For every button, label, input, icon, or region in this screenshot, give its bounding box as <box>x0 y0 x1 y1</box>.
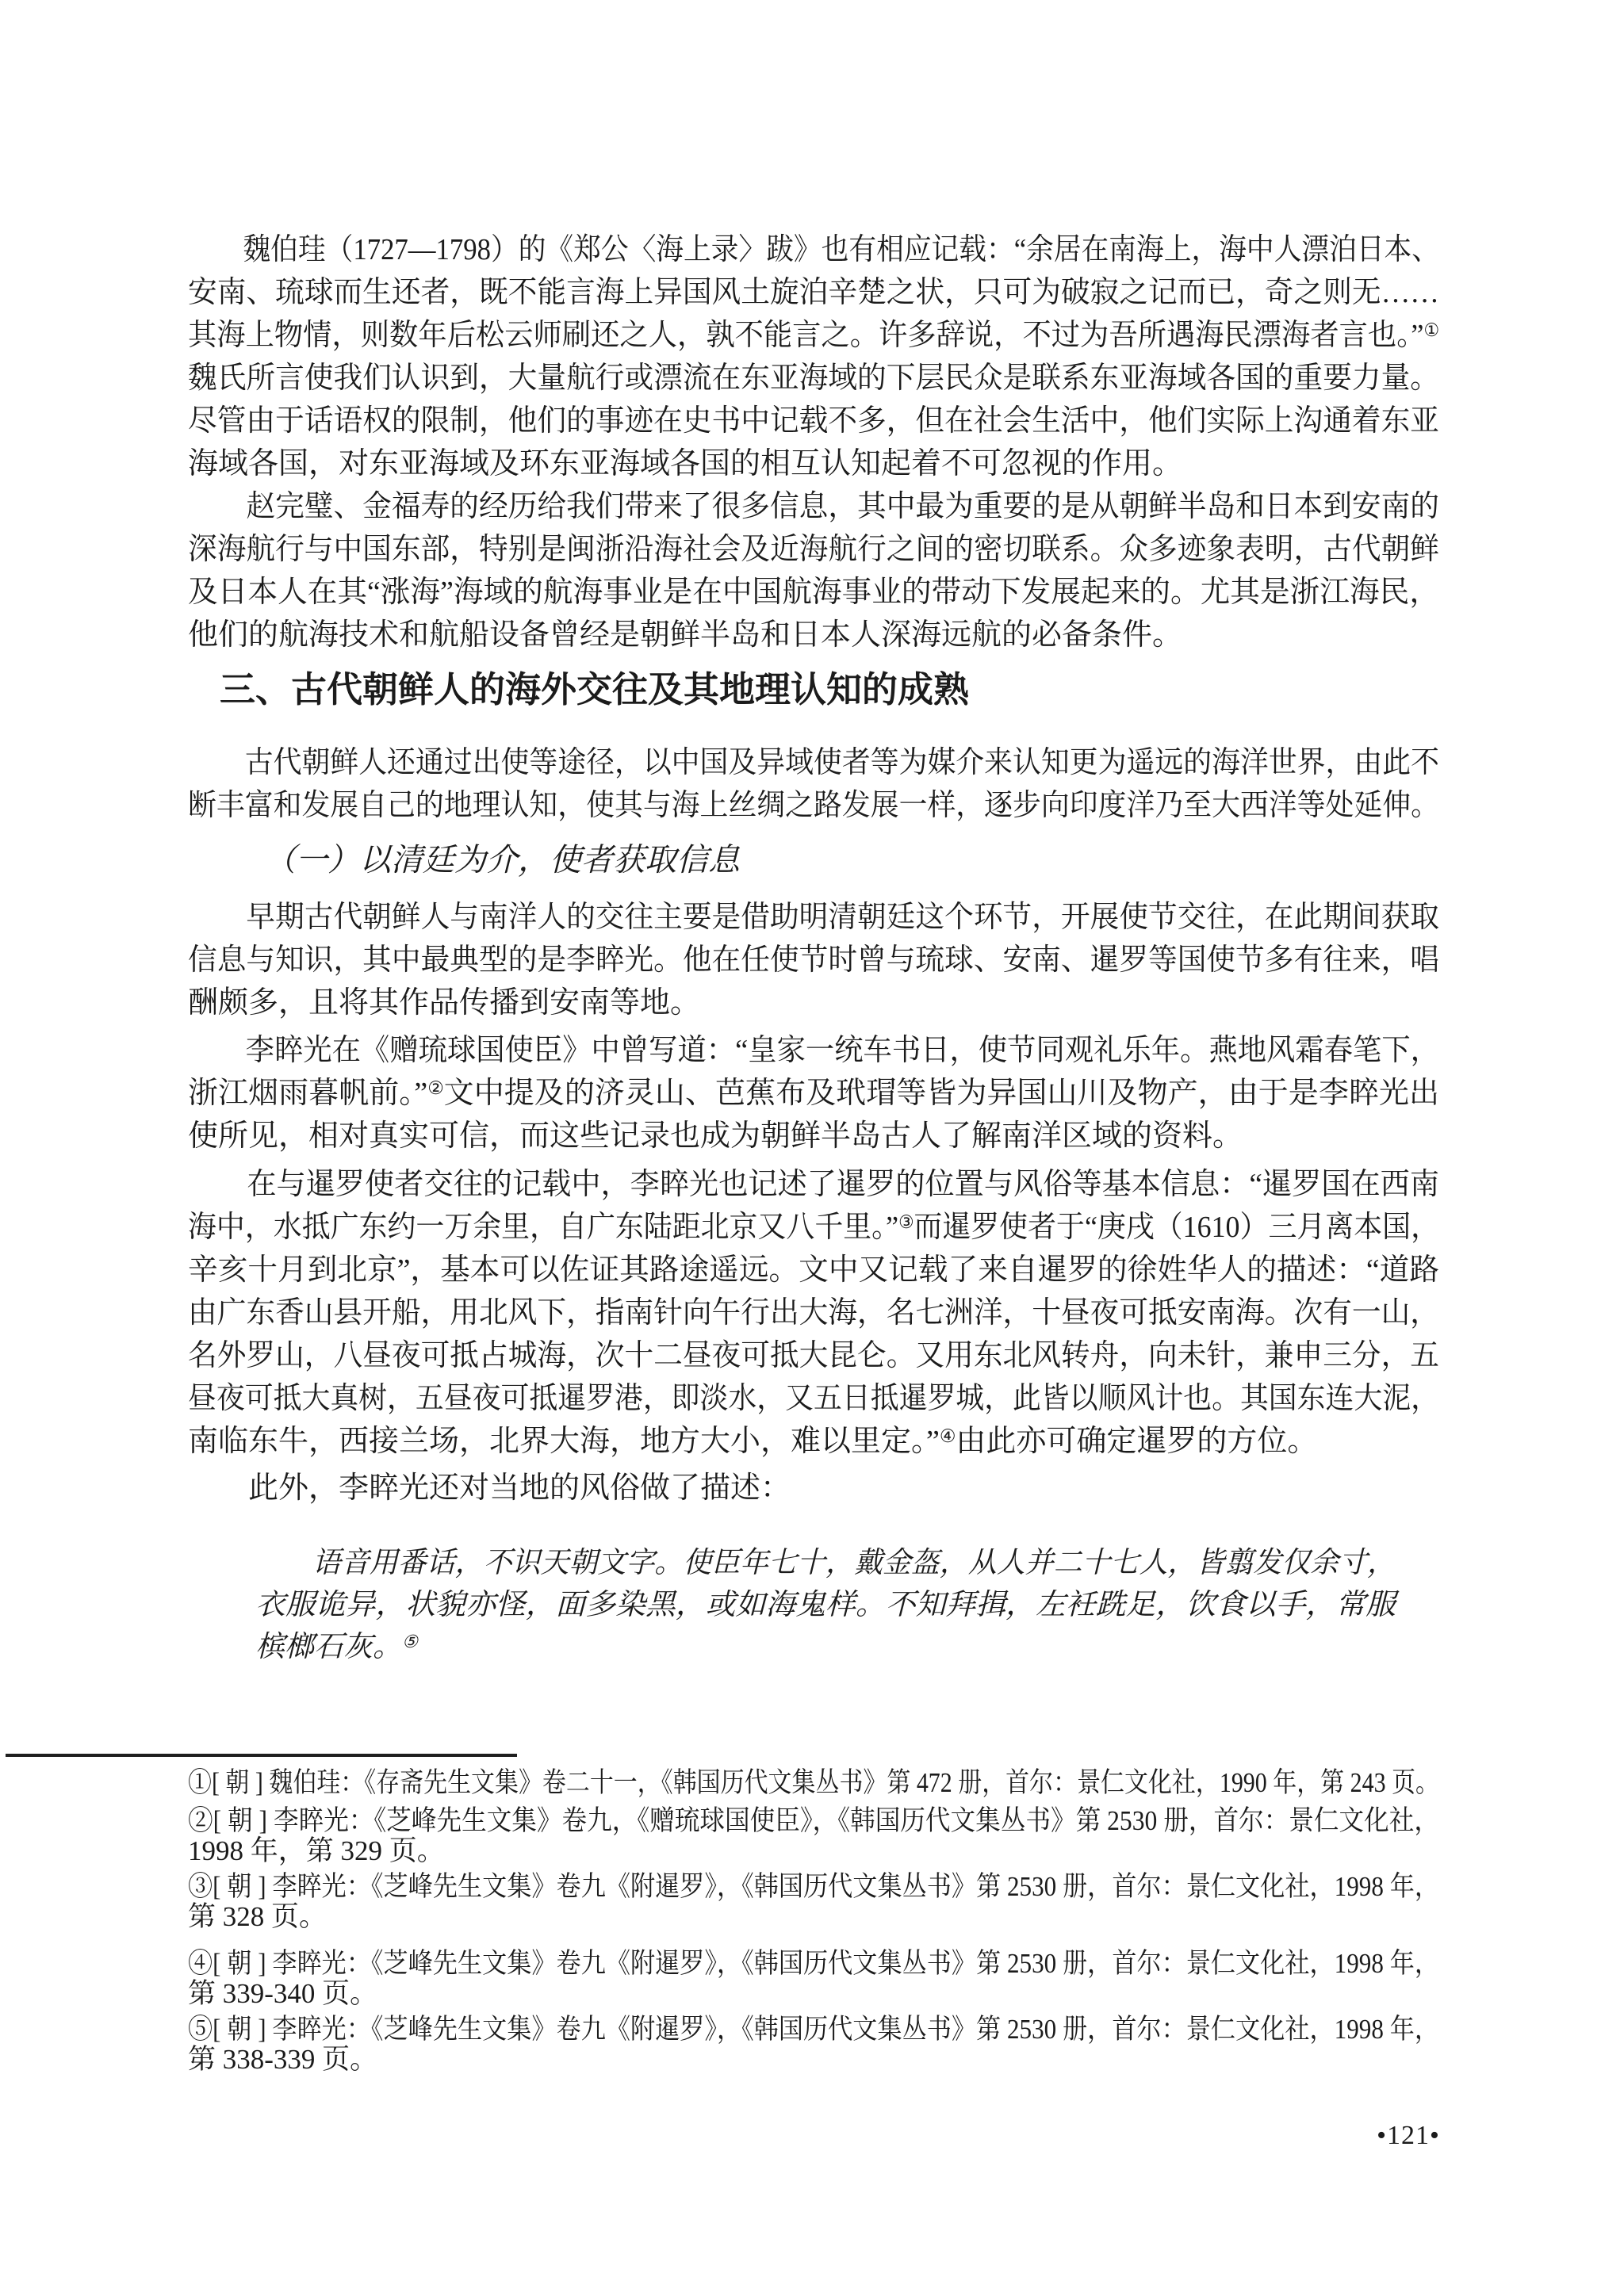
text-line: 海域各国，对东亚海域及环东亚海域各国的相互认知起着不可忽视的作用。 <box>188 442 1439 485</box>
footnote-marker: ⑤ <box>402 1632 418 1651</box>
text-line: ①[ 朝 ] 魏伯珪：《存斋先生文集》卷二十一，《韩国历代文集丛书》第 472 … <box>188 1768 1439 1798</box>
footnote-text: ①[ 朝 ] 魏伯珪：《存斋先生文集》卷二十一，《韩国历代文集丛书》第 472 … <box>188 1768 1439 1798</box>
text-line: 海中，水抵广东约一万余里，自广东陆距北京又八千里。”③而暹罗使者于“庚戌（161… <box>188 1206 1439 1249</box>
text-line: 浙江烟雨暮帆前。”②文中提及的济灵山、芭蕉布及玳瑁等皆为异国山川及物产，由于是李… <box>188 1072 1439 1115</box>
footnote-text: 第 338-339 页。 <box>188 2045 377 2075</box>
text-line: 此外，李睟光还对当地的风俗做了描述： <box>188 1467 1439 1510</box>
section-heading: 三、古代朝鲜人的海外交往及其地理认知的成熟 <box>188 668 1471 712</box>
line-text: 其海上物情，则数年后松云师刷还之人，孰不能言之。许多辞说，不过为吾所遇海民漂海者… <box>188 314 1439 357</box>
text-line: 赵完璧、金福寿的经历给我们带来了很多信息，其中最为重要的是从朝鲜半岛和日本到安南… <box>188 485 1439 528</box>
line-text: 海域各国，对东亚海域及环东亚海域各国的相互认知起着不可忽视的作用。 <box>188 442 1182 485</box>
text-line: 在与暹罗使者交往的记载中，李睟光也记述了暹罗的位置与风俗等基本信息：“暹罗国在西… <box>188 1163 1439 1206</box>
line-text: 及日本人在其“涨海”海域的航海事业是在中国航海事业的带动下发展起来的。尤其是浙江… <box>188 571 1439 614</box>
text-line: 断丰富和发展自己的地理认知，使其与海上丝绸之路发展一样，逐步向印度洋乃至大西洋等… <box>188 784 1439 827</box>
text-line: 1998 年，第 329 页。 <box>188 1836 1439 1866</box>
document-page: 魏伯珪（1727—1798）的《郑公〈海上录〉跋》也有相应记载：“余居在南海上，… <box>0 0 1624 2296</box>
line-text: 在与暹罗使者交往的记载中，李睟光也记述了暹罗的位置与风俗等基本信息：“暹罗国在西… <box>188 1163 1439 1206</box>
footnote-text: ⑤[ 朝 ] 李睟光：《芝峰先生文集》卷九《附暹罗》，《韩国历代文集丛书》第 2… <box>188 2015 1439 2045</box>
footnote-text: ②[ 朝 ] 李睟光：《芝峰先生文集》卷九，《赠琉球国使臣》，《韩国历代文集丛书… <box>188 1806 1439 1836</box>
text-line: 由广东香山县开船，用北风下，指南针向午行出大海，名七洲洋，十昼夜可抵安南海。次有… <box>188 1291 1439 1334</box>
text-line: 古代朝鲜人还通过出使等途径，以中国及异域使者等为媒介来认知更为遥远的海洋世界，由… <box>188 741 1439 784</box>
footnote-text: ④[ 朝 ] 李睟光：《芝峰先生文集》卷九《附暹罗》，《韩国历代文集丛书》第 2… <box>188 1949 1439 1979</box>
line-text: 魏氏所言使我们认识到，大量航行或漂流在东亚海域的下层民众是联系东亚海域各国的重要… <box>188 357 1439 400</box>
text-line: 语音用番话，不识天朝文字。使臣年七十，戴金盔，从人并二十七人，皆翦发仅余寸， <box>255 1542 1396 1584</box>
line-text: 尽管由于话语权的限制，他们的事迹在史书中记载不多，但在社会生活中，他们实际上沟通… <box>188 400 1439 442</box>
text-line: 第 328 页。 <box>188 1902 1439 1932</box>
body-paragraph: 在与暹罗使者交往的记载中，李睟光也记述了暹罗的位置与风俗等基本信息：“暹罗国在西… <box>188 1163 1439 1463</box>
line-text: 古代朝鲜人还通过出使等途径，以中国及异域使者等为媒介来认知更为遥远的海洋世界，由… <box>188 741 1439 784</box>
text-line: 衣服诡异，状貌亦怪，面多染黑，或如海鬼样。不知拜揖，左衽跣足，饮食以手，常服 <box>255 1584 1396 1626</box>
line-text: 辛亥十月到北京”，基本可以佐证其路途遥远。文中又记载了来自暹罗的徐姓华人的描述：… <box>188 1249 1439 1291</box>
subsection-heading: （一）以清廷为介，使者获取信息 <box>188 839 1515 882</box>
line-text: 此外，李睟光还对当地的风俗做了描述： <box>188 1467 791 1510</box>
line-text: 信息与知识，其中最典型的是李睟光。他在任使节时曾与琉球、安南、暹罗等国使节多有往… <box>188 939 1439 982</box>
line-text: 海中，水抵广东约一万余里，自广东陆距北京又八千里。”③而暹罗使者于“庚戌（161… <box>188 1206 1439 1249</box>
line-text: 昼夜可抵大真树，五昼夜可抵暹罗港，即淡水，又五日抵暹罗城，此皆以顺风计也。其国东… <box>188 1377 1439 1420</box>
text-line: 信息与知识，其中最典型的是李睟光。他在任使节时曾与琉球、安南、暹罗等国使节多有往… <box>188 939 1439 982</box>
page-number: •121• <box>1353 2122 1464 2150</box>
text-line: ③[ 朝 ] 李睟光：《芝峰先生文集》卷九《附暹罗》，《韩国历代文集丛书》第 2… <box>188 1872 1439 1902</box>
line-text: 衣服诡异，状貌亦怪，面多染黑，或如海鬼样。不知拜揖，左衽跣足，饮食以手，常服 <box>255 1584 1396 1626</box>
footnote-separator <box>6 1754 517 1757</box>
text-line: 第 339-340 页。 <box>188 1979 1439 2009</box>
footnote-text: 1998 年，第 329 页。 <box>188 1836 445 1866</box>
text-line: ⑤[ 朝 ] 李睟光：《芝峰先生文集》卷九《附暹罗》，《韩国历代文集丛书》第 2… <box>188 2015 1439 2045</box>
block-quote: 语音用番话，不识天朝文字。使臣年七十，戴金盔，从人并二十七人，皆翦发仅余寸，衣服… <box>255 1542 1396 1668</box>
text-line: 魏氏所言使我们认识到，大量航行或漂流在东亚海域的下层民众是联系东亚海域各国的重要… <box>188 357 1439 400</box>
text-line: ④[ 朝 ] 李睟光：《芝峰先生文集》卷九《附暹罗》，《韩国历代文集丛书》第 2… <box>188 1949 1439 1979</box>
text-line: 魏伯珪（1727—1798）的《郑公〈海上录〉跋》也有相应记载：“余居在南海上，… <box>188 228 1439 271</box>
footnote-marker: ② <box>427 1078 443 1098</box>
text-line: 及日本人在其“涨海”海域的航海事业是在中国航海事业的带动下发展起来的。尤其是浙江… <box>188 571 1439 614</box>
text-line: 槟榔石灰。⑤ <box>255 1626 1396 1668</box>
line-text: 早期古代朝鲜人与南洋人的交往主要是借助明清朝廷这个环节，开展使节交往，在此期间获… <box>188 896 1439 939</box>
text-line: 昼夜可抵大真树，五昼夜可抵暹罗港，即淡水，又五日抵暹罗城，此皆以顺风计也。其国东… <box>188 1377 1439 1420</box>
body-paragraph: 古代朝鲜人还通过出使等途径，以中国及异域使者等为媒介来认知更为遥远的海洋世界，由… <box>188 741 1439 827</box>
line-text: 赵完璧、金福寿的经历给我们带来了很多信息，其中最为重要的是从朝鲜半岛和日本到安南… <box>188 485 1439 528</box>
line-text: 语音用番话，不识天朝文字。使臣年七十，戴金盔，从人并二十七人，皆翦发仅余寸， <box>255 1542 1396 1584</box>
body-paragraph: 早期古代朝鲜人与南洋人的交往主要是借助明清朝廷这个环节，开展使节交往，在此期间获… <box>188 896 1439 1024</box>
line-text: 槟榔石灰。⑤ <box>255 1626 418 1668</box>
line-text: 南临东牛，西接兰场，北界大海，地方大小，难以里定。”④由此亦可确定暹罗的方位。 <box>188 1420 1317 1463</box>
line-text: （一）以清廷为介，使者获取信息 <box>264 839 740 882</box>
line-text: 断丰富和发展自己的地理认知，使其与海上丝绸之路发展一样，逐步向印度洋乃至大西洋等… <box>188 784 1439 827</box>
text-line: 深海航行与中国东部，特别是闽浙沿海社会及近海航行之间的密切联系。众多迹象表明，古… <box>188 528 1439 571</box>
text-line: 早期古代朝鲜人与南洋人的交往主要是借助明清朝廷这个环节，开展使节交往，在此期间获… <box>188 896 1439 939</box>
footnote-text: 第 339-340 页。 <box>188 1979 377 2009</box>
text-line: 酬颇多，且将其作品传播到安南等地。 <box>188 982 1439 1024</box>
text-line: ②[ 朝 ] 李睟光：《芝峰先生文集》卷九，《赠琉球国使臣》，《韩国历代文集丛书… <box>188 1806 1439 1836</box>
footnote-marker: ④ <box>940 1426 956 1446</box>
line-text: 酬颇多，且将其作品传播到安南等地。 <box>188 982 700 1024</box>
text-line: （一）以清廷为介，使者获取信息 <box>264 839 1515 882</box>
text-line: 安南、琉球而生还者，既不能言海上异国风土旋泊辛楚之状，只可为破寂之记而已，奇之则… <box>188 271 1439 314</box>
body-paragraph: 此外，李睟光还对当地的风俗做了描述： <box>188 1467 1439 1510</box>
line-text: 名外罗山，八昼夜可抵占城海，次十二昼夜可抵大昆仑。又用东北风转舟，向未针，兼申三… <box>188 1334 1439 1377</box>
body-paragraph: 魏伯珪（1727—1798）的《郑公〈海上录〉跋》也有相应记载：“余居在南海上，… <box>188 228 1439 485</box>
footnote: ①[ 朝 ] 魏伯珪：《存斋先生文集》卷二十一，《韩国历代文集丛书》第 472 … <box>188 1768 1439 1798</box>
body-paragraph: 赵完璧、金福寿的经历给我们带来了很多信息，其中最为重要的是从朝鲜半岛和日本到安南… <box>188 485 1439 656</box>
text-column: 魏伯珪（1727—1798）的《郑公〈海上录〉跋》也有相应记载：“余居在南海上，… <box>188 0 1439 2296</box>
line-text: 由广东香山县开船，用北风下，指南针向午行出大海，名七洲洋，十昼夜可抵安南海。次有… <box>188 1291 1439 1334</box>
footnote: ⑤[ 朝 ] 李睟光：《芝峰先生文集》卷九《附暹罗》，《韩国历代文集丛书》第 2… <box>188 2015 1439 2075</box>
footnote-marker: ① <box>1423 320 1439 340</box>
text-line: 名外罗山，八昼夜可抵占城海，次十二昼夜可抵大昆仑。又用东北风转舟，向未针，兼申三… <box>188 1334 1439 1377</box>
line-text: 魏伯珪（1727—1798）的《郑公〈海上录〉跋》也有相应记载：“余居在南海上，… <box>188 228 1439 271</box>
line-text: 浙江烟雨暮帆前。”②文中提及的济灵山、芭蕉布及玳瑁等皆为异国山川及物产，由于是李… <box>188 1072 1439 1115</box>
footnote: ②[ 朝 ] 李睟光：《芝峰先生文集》卷九，《赠琉球国使臣》，《韩国历代文集丛书… <box>188 1806 1439 1866</box>
text-line: 辛亥十月到北京”，基本可以佐证其路途遥远。文中又记载了来自暹罗的徐姓华人的描述：… <box>188 1249 1439 1291</box>
text-line: 他们的航海技术和航船设备曾经是朝鲜半岛和日本人深海远航的必备条件。 <box>188 614 1439 656</box>
footnote: ④[ 朝 ] 李睟光：《芝峰先生文集》卷九《附暹罗》，《韩国历代文集丛书》第 2… <box>188 1949 1439 2009</box>
text-line: 李睟光在《赠琉球国使臣》中曾写道：“皇家一统车书日，使节同观礼乐年。燕地风霜春笔… <box>188 1029 1439 1072</box>
line-text: 使所见，相对真实可信，而这些记录也成为朝鲜半岛古人了解南洋区域的资料。 <box>188 1115 1243 1158</box>
body-paragraph: 李睟光在《赠琉球国使臣》中曾写道：“皇家一统车书日，使节同观礼乐年。燕地风霜春笔… <box>188 1029 1439 1158</box>
footnote: ③[ 朝 ] 李睟光：《芝峰先生文集》卷九《附暹罗》，《韩国历代文集丛书》第 2… <box>188 1872 1439 1932</box>
line-text: 深海航行与中国东部，特别是闽浙沿海社会及近海航行之间的密切联系。众多迹象表明，古… <box>188 528 1439 571</box>
footnote-text: 第 328 页。 <box>188 1902 327 1932</box>
text-line: 南临东牛，西接兰场，北界大海，地方大小，难以里定。”④由此亦可确定暹罗的方位。 <box>188 1420 1439 1463</box>
text-line: 三、古代朝鲜人的海外交往及其地理认知的成熟 <box>220 668 1471 712</box>
line-text: 三、古代朝鲜人的海外交往及其地理认知的成熟 <box>220 668 969 712</box>
line-text: 他们的航海技术和航船设备曾经是朝鲜半岛和日本人深海远航的必备条件。 <box>188 614 1182 656</box>
text-line: 使所见，相对真实可信，而这些记录也成为朝鲜半岛古人了解南洋区域的资料。 <box>188 1115 1439 1158</box>
text-line: 第 338-339 页。 <box>188 2045 1439 2075</box>
line-text: 安南、琉球而生还者，既不能言海上异国风土旋泊辛楚之状，只可为破寂之记而已，奇之则… <box>188 271 1439 314</box>
footnote-text: ③[ 朝 ] 李睟光：《芝峰先生文集》卷九《附暹罗》，《韩国历代文集丛书》第 2… <box>188 1872 1439 1902</box>
text-line: 尽管由于话语权的限制，他们的事迹在史书中记载不多，但在社会生活中，他们实际上沟通… <box>188 400 1439 442</box>
text-line: 其海上物情，则数年后松云师刷还之人，孰不能言之。许多辞说，不过为吾所遇海民漂海者… <box>188 314 1439 357</box>
footnote-marker: ③ <box>898 1212 913 1232</box>
line-text: 李睟光在《赠琉球国使臣》中曾写道：“皇家一统车书日，使节同观礼乐年。燕地风霜春笔… <box>188 1029 1439 1072</box>
